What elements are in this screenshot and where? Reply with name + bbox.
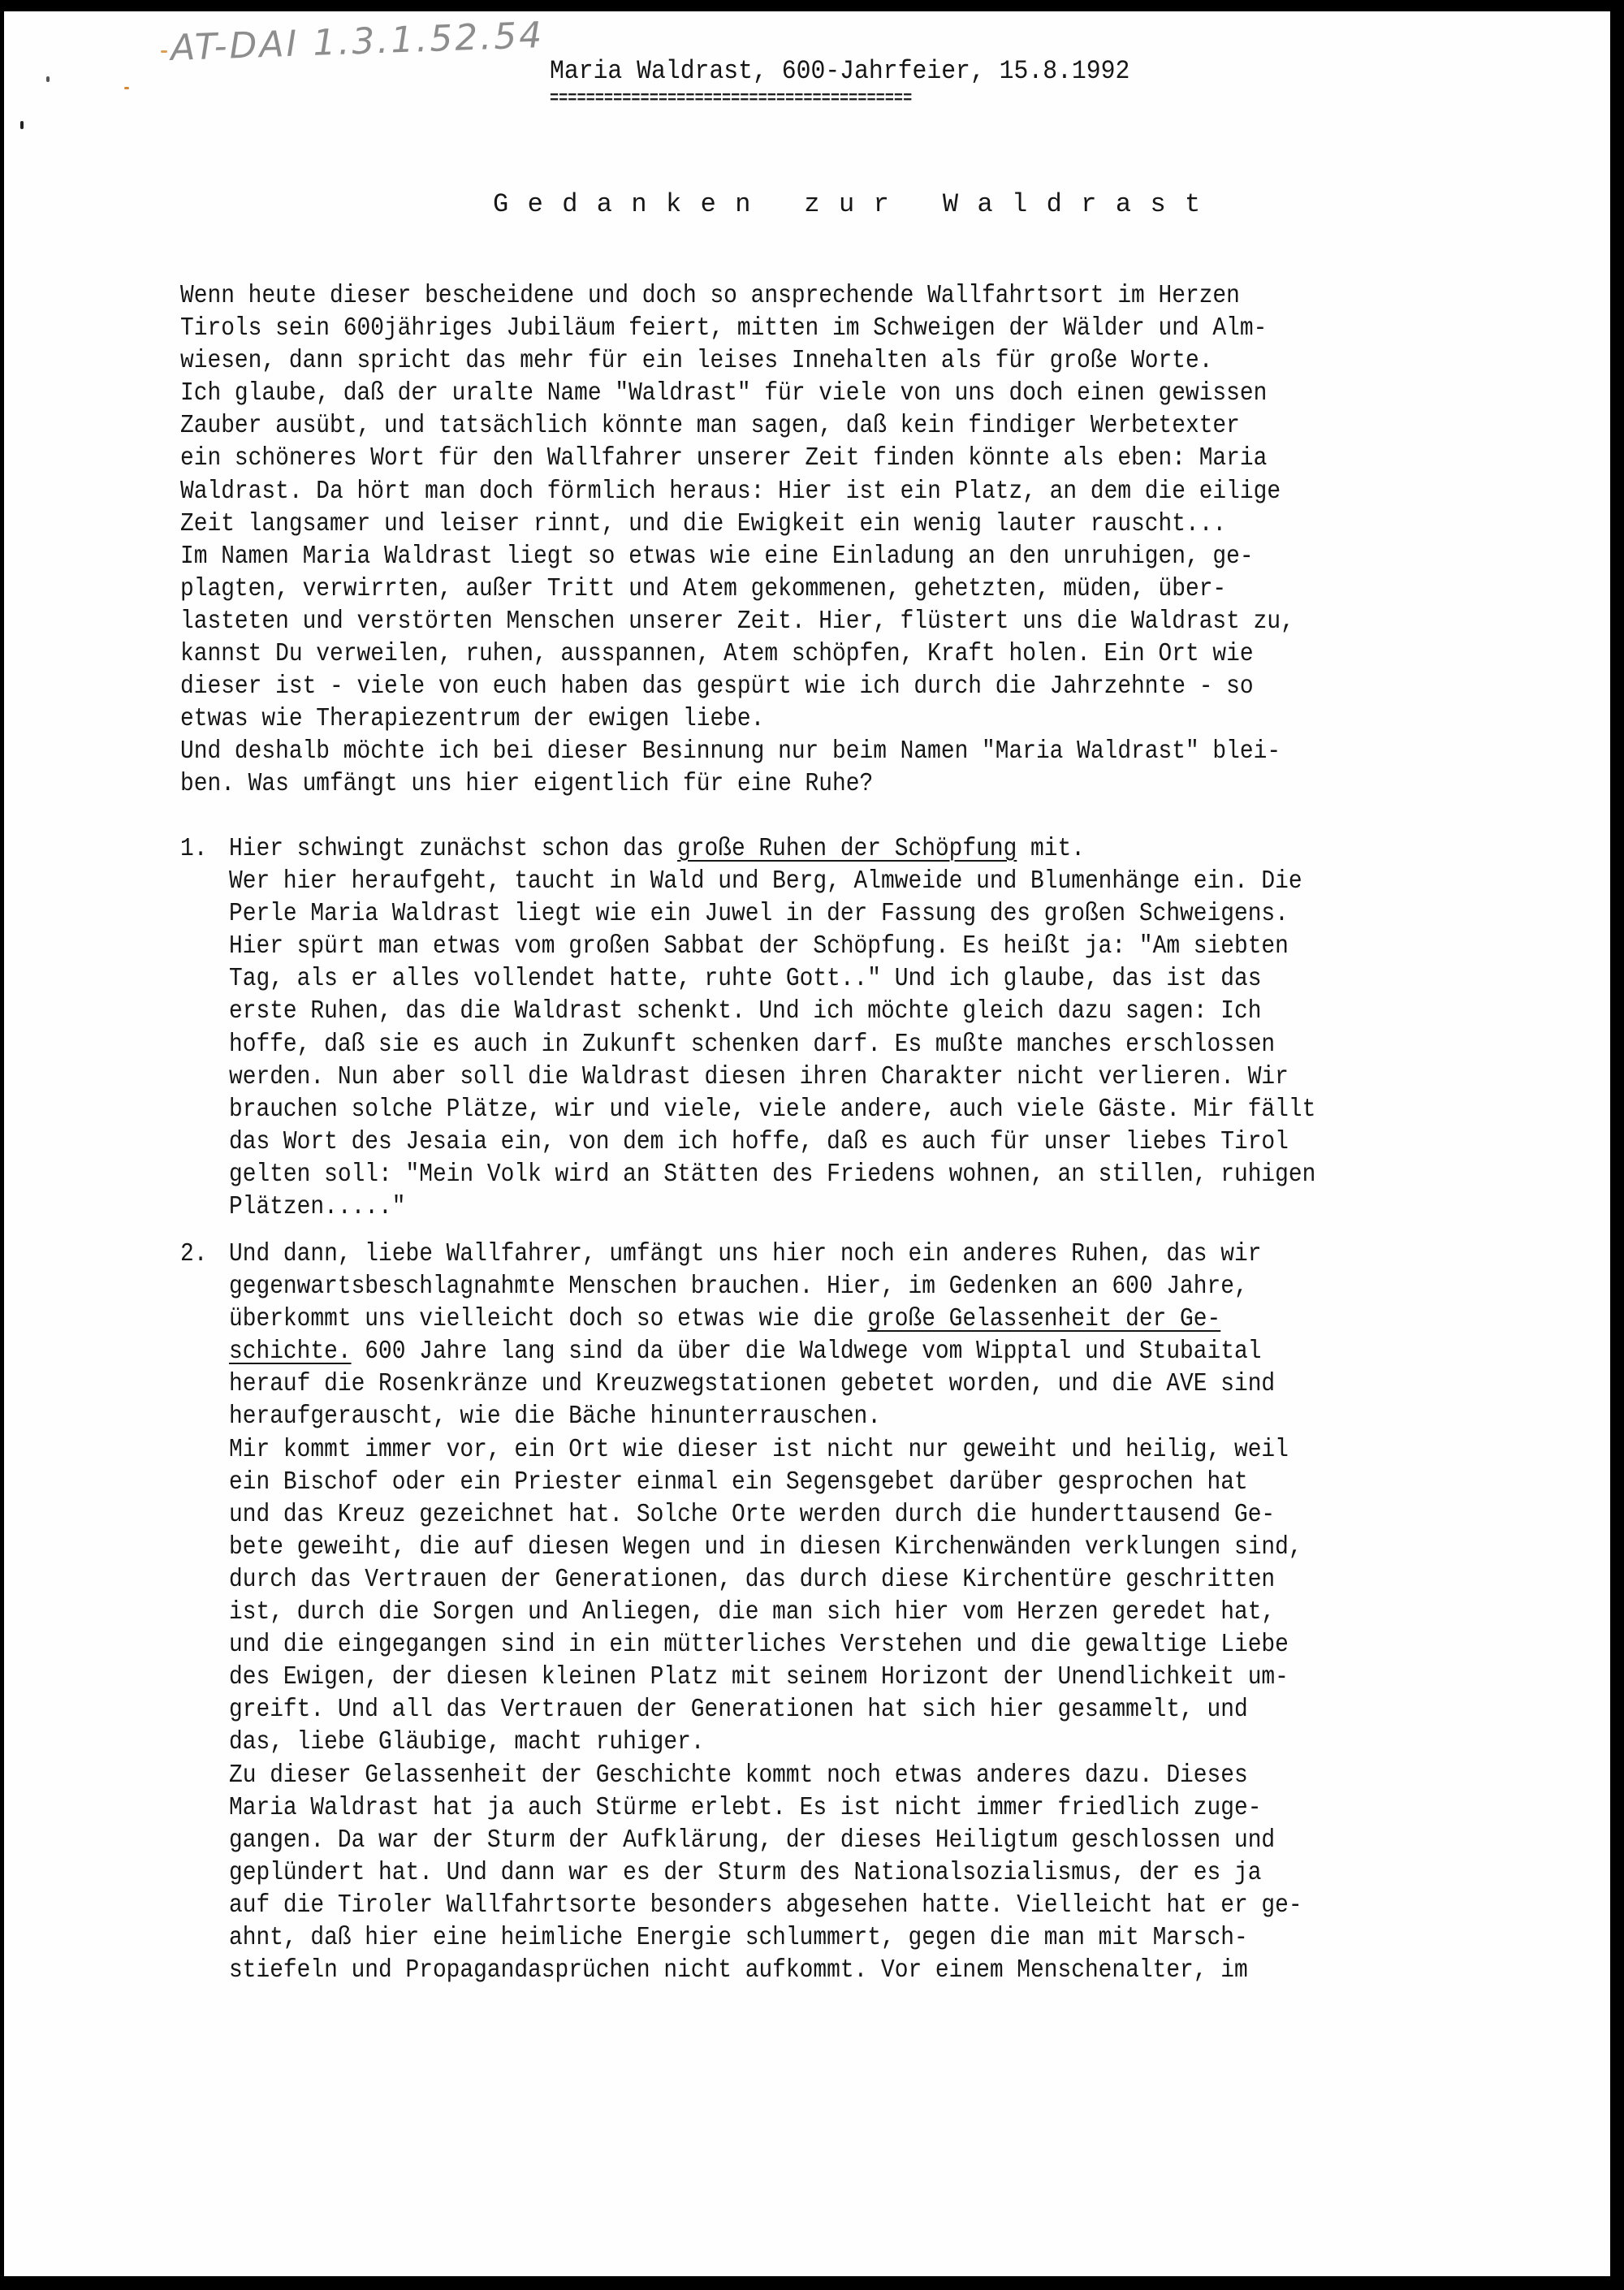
text-line: durch das Vertrauen der Generationen, da…: [229, 1564, 1302, 1597]
text-line: Tag, als er alles vollendet hatte, ruhte…: [229, 963, 1315, 996]
text-line: Und deshalb möchte ich bei dieser Besinn…: [180, 736, 1294, 768]
text-line: Hier spürt man etwas vom großen Sabbat d…: [229, 931, 1315, 963]
text-line: geplündert hat. Und dann war es der Stur…: [229, 1857, 1302, 1890]
text-line: Im Namen Maria Waldrast liegt so etwas w…: [180, 541, 1294, 573]
text-line: wiesen, dann spricht das mehr für ein le…: [180, 345, 1294, 378]
text-run: Perle Maria Waldrast liegt wie ein Juwel…: [229, 900, 1289, 928]
text-line: lasteten und verstörten Menschen unserer…: [180, 606, 1294, 638]
text-line: plagten, verwirrten, außer Tritt und Ate…: [180, 573, 1294, 606]
text-run: überkommt uns vielleicht doch so etwas w…: [229, 1305, 867, 1333]
section-number: 2.: [180, 1238, 207, 1271]
text-run: Zu dieser Gelassenheit der Geschichte ko…: [229, 1761, 1248, 1790]
speck: [161, 50, 167, 53]
text-run: 600 Jahre lang sind da über die Waldwege…: [352, 1337, 1262, 1366]
text-line: Wenn heute dieser bescheidene und doch s…: [180, 280, 1294, 313]
text-line: Zu dieser Gelassenheit der Geschichte ko…: [229, 1760, 1302, 1792]
text-line: brauchen solche Plätze, wir und viele, v…: [229, 1094, 1315, 1126]
text-line: heraufgerauscht, wie die Bäche hinunterr…: [229, 1401, 1302, 1433]
text-run: heraufgerauscht, wie die Bäche hinunterr…: [229, 1402, 881, 1431]
text-run: Plätzen.....": [229, 1193, 405, 1221]
speck: [46, 76, 50, 82]
text-line: hoffe, daß sie es auch in Zukunft schenk…: [229, 1029, 1315, 1061]
speck: [124, 87, 129, 89]
text-line: herauf die Rosenkränze und Kreuzwegstati…: [229, 1368, 1302, 1401]
text-line: gegenwartsbeschlagnahmte Menschen brauch…: [229, 1271, 1302, 1303]
text-line: kannst Du verweilen, ruhen, ausspannen, …: [180, 638, 1294, 671]
text-line: stiefeln und Propagandasprüchen nicht au…: [229, 1955, 1302, 1987]
text-line: Waldrast. Da hört man doch förmlich hera…: [180, 476, 1294, 508]
text-line: Zauber ausübt, und tatsächlich könnte ma…: [180, 410, 1294, 443]
text-line: das, liebe Gläubige, macht ruhiger.: [229, 1726, 1302, 1759]
text-line: Maria Waldrast hat ja auch Stürme erlebt…: [229, 1792, 1302, 1825]
text-run: werden. Nun aber soll die Waldrast diese…: [229, 1063, 1289, 1091]
text-line: auf die Tiroler Wallfahrtsorte besonders…: [229, 1890, 1302, 1922]
text-line: schichte. 600 Jahre lang sind da über di…: [229, 1336, 1302, 1368]
underlined-phrase: schichte.: [229, 1337, 352, 1366]
document-page: AT-DAI 1.3.1.52.54 Maria Waldrast, 600-J…: [4, 11, 1610, 2276]
text-line: Zeit langsamer und leiser rinnt, und die…: [180, 508, 1294, 541]
text-line: ist, durch die Sorgen und Anliegen, die …: [229, 1597, 1302, 1629]
text-line: Mir kommt immer vor, ein Ort wie dieser …: [229, 1434, 1302, 1467]
text-run: das, liebe Gläubige, macht ruhiger.: [229, 1728, 705, 1756]
text-run: das Wort des Jesaia ein, von dem ich hof…: [229, 1128, 1289, 1156]
text-line: Ich glaube, daß der uralte Name "Waldras…: [180, 378, 1294, 410]
text-run: Hier schwingt zunächst schon das: [229, 835, 677, 863]
text-run: herauf die Rosenkränze und Kreuzwegstati…: [229, 1370, 1275, 1398]
section-text: Und dann, liebe Wallfahrer, umfängt uns …: [229, 1238, 1302, 1987]
text-run: ist, durch die Sorgen und Anliegen, die …: [229, 1598, 1275, 1627]
text-line: gangen. Da war der Sturm der Aufklärung,…: [229, 1825, 1302, 1857]
text-line: Hier schwingt zunächst schon das große R…: [229, 833, 1315, 866]
text-line: ein Bischof oder ein Priester einmal ein…: [229, 1467, 1302, 1499]
underlined-phrase: große Gelassenheit der Ge-: [867, 1305, 1220, 1333]
text-line: greift. Und all das Vertrauen der Genera…: [229, 1694, 1302, 1726]
document-title: Gedanken zur Waldrast: [493, 188, 1220, 221]
speck: [20, 121, 24, 129]
text-line: erste Ruhen, das die Waldrast schenkt. U…: [229, 996, 1315, 1028]
text-run: stiefeln und Propagandasprüchen nicht au…: [229, 1956, 1248, 1985]
text-line: Wer hier heraufgeht, taucht in Wald und …: [229, 866, 1315, 898]
text-run: und die eingegangen sind in ein mütterli…: [229, 1631, 1289, 1659]
text-line: Und dann, liebe Wallfahrer, umfängt uns …: [229, 1238, 1302, 1271]
text-line: ahnt, daß hier eine heimliche Energie sc…: [229, 1922, 1302, 1955]
text-line: des Ewigen, der diesen kleinen Platz mit…: [229, 1661, 1302, 1694]
intro-paragraph: Wenn heute dieser bescheidene und doch s…: [180, 280, 1294, 801]
text-run: geplündert hat. Und dann war es der Stur…: [229, 1859, 1261, 1887]
text-line: ben. Was umfängt uns hier eigentlich für…: [180, 768, 1294, 801]
text-line: Tirols sein 600jähriges Jubiläum feiert,…: [180, 313, 1294, 345]
archive-signature-handwritten: AT-DAI 1.3.1.52.54: [170, 15, 545, 69]
text-run: Tag, als er alles vollendet hatte, ruhte…: [229, 965, 1261, 993]
text-line: Perle Maria Waldrast liegt wie ein Juwel…: [229, 898, 1315, 931]
text-run: Maria Waldrast hat ja auch Stürme erlebt…: [229, 1794, 1261, 1822]
section-number: 1.: [180, 833, 207, 866]
text-run: und das Kreuz gezeichnet hat. Solche Ort…: [229, 1501, 1275, 1529]
text-run: mit.: [1017, 835, 1085, 863]
text-run: bete geweiht, die auf diesen Wegen und i…: [229, 1533, 1302, 1562]
text-line: Plätzen.....": [229, 1191, 1315, 1224]
text-run: des Ewigen, der diesen kleinen Platz mit…: [229, 1663, 1289, 1692]
text-run: Mir kommt immer vor, ein Ort wie dieser …: [229, 1436, 1289, 1464]
text-line: und das Kreuz gezeichnet hat. Solche Ort…: [229, 1499, 1302, 1532]
text-run: durch das Vertrauen der Generationen, da…: [229, 1566, 1275, 1594]
text-run: erste Ruhen, das die Waldrast schenkt. U…: [229, 997, 1261, 1026]
text-line: werden. Nun aber soll die Waldrast diese…: [229, 1061, 1315, 1094]
text-run: gegenwartsbeschlagnahmte Menschen brauch…: [229, 1272, 1248, 1301]
text-run: hoffe, daß sie es auch in Zukunft schenk…: [229, 1030, 1275, 1059]
text-run: gelten soll: "Mein Volk wird an Stätten …: [229, 1160, 1315, 1189]
text-run: greift. Und all das Vertrauen der Genera…: [229, 1696, 1248, 1724]
text-line: überkommt uns vielleicht doch so etwas w…: [229, 1303, 1302, 1336]
header-event-date: Maria Waldrast, 600-Jahrfeier, 15.8.1992: [550, 55, 1129, 88]
section-text: Hier schwingt zunächst schon das große R…: [229, 833, 1315, 1224]
text-line: gelten soll: "Mein Volk wird an Stätten …: [229, 1159, 1315, 1191]
text-line: und die eingegangen sind in ein mütterli…: [229, 1629, 1302, 1661]
text-line: das Wort des Jesaia ein, von dem ich hof…: [229, 1126, 1315, 1159]
text-run: Hier spürt man etwas vom großen Sabbat d…: [229, 932, 1289, 961]
text-run: auf die Tiroler Wallfahrtsorte besonders…: [229, 1891, 1302, 1920]
text-line: ein schöneres Wort für den Wallfahrer un…: [180, 443, 1294, 475]
text-run: brauchen solche Plätze, wir und viele, v…: [229, 1095, 1315, 1124]
text-line: etwas wie Therapiezentrum der ewigen lie…: [180, 703, 1294, 736]
text-line: bete geweiht, die auf diesen Wegen und i…: [229, 1532, 1302, 1564]
text-run: Und dann, liebe Wallfahrer, umfängt uns …: [229, 1240, 1261, 1268]
text-run: gangen. Da war der Sturm der Aufklärung,…: [229, 1826, 1275, 1855]
text-run: ahnt, daß hier eine heimliche Energie sc…: [229, 1924, 1248, 1952]
underlined-phrase: große Ruhen der Schöpfung: [677, 835, 1017, 863]
text-line: dieser ist - viele von euch haben das ge…: [180, 671, 1294, 703]
text-run: ein Bischof oder ein Priester einmal ein…: [229, 1468, 1248, 1497]
header-double-rule: ========================================: [550, 89, 912, 109]
text-run: Wer hier heraufgeht, taucht in Wald und …: [229, 867, 1302, 896]
